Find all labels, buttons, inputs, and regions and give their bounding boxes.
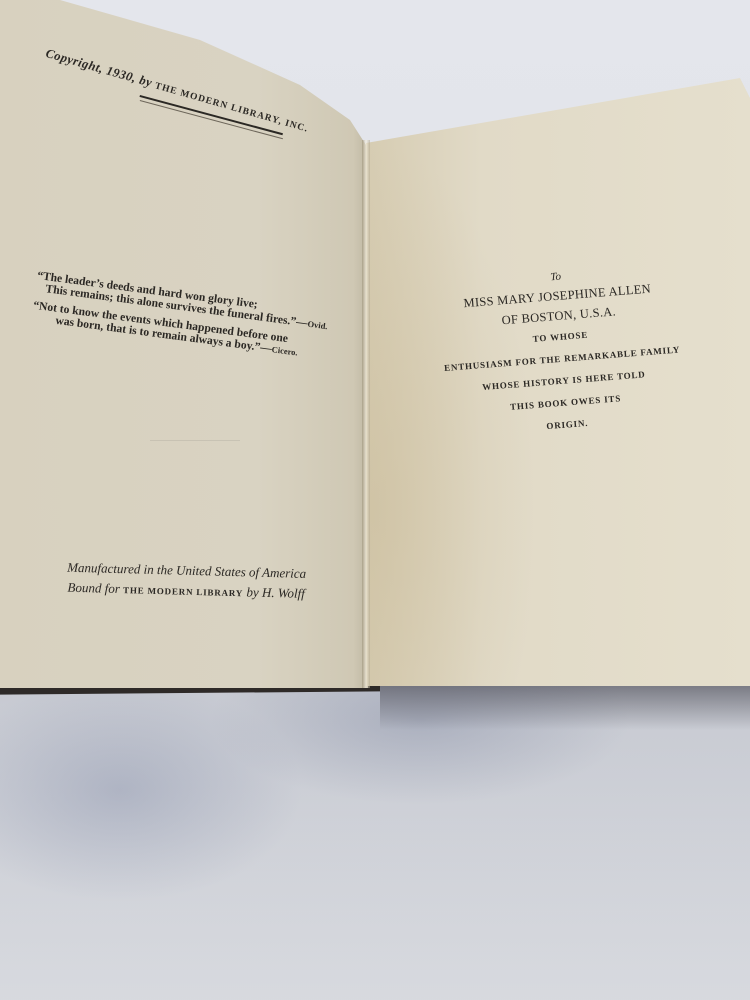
book-gutter [362,140,370,688]
bleed-through-emblem [150,370,240,441]
colophon-binder: by H. Wolff [246,584,305,601]
colophon-bound-for: Bound for [67,580,120,596]
colophon-publisher: THE MODERN LIBRARY [123,585,243,598]
dedication: To MISS MARY JOSEPHINE ALLEN OF BOSTON, … [420,257,702,446]
epigraph-ovid-attribution: Ovid. [307,319,328,332]
colophon: Manufactured in the United States of Ame… [41,557,332,606]
book-shadow [380,686,750,730]
epigraph-cicero-attribution: Cicero. [271,344,298,357]
